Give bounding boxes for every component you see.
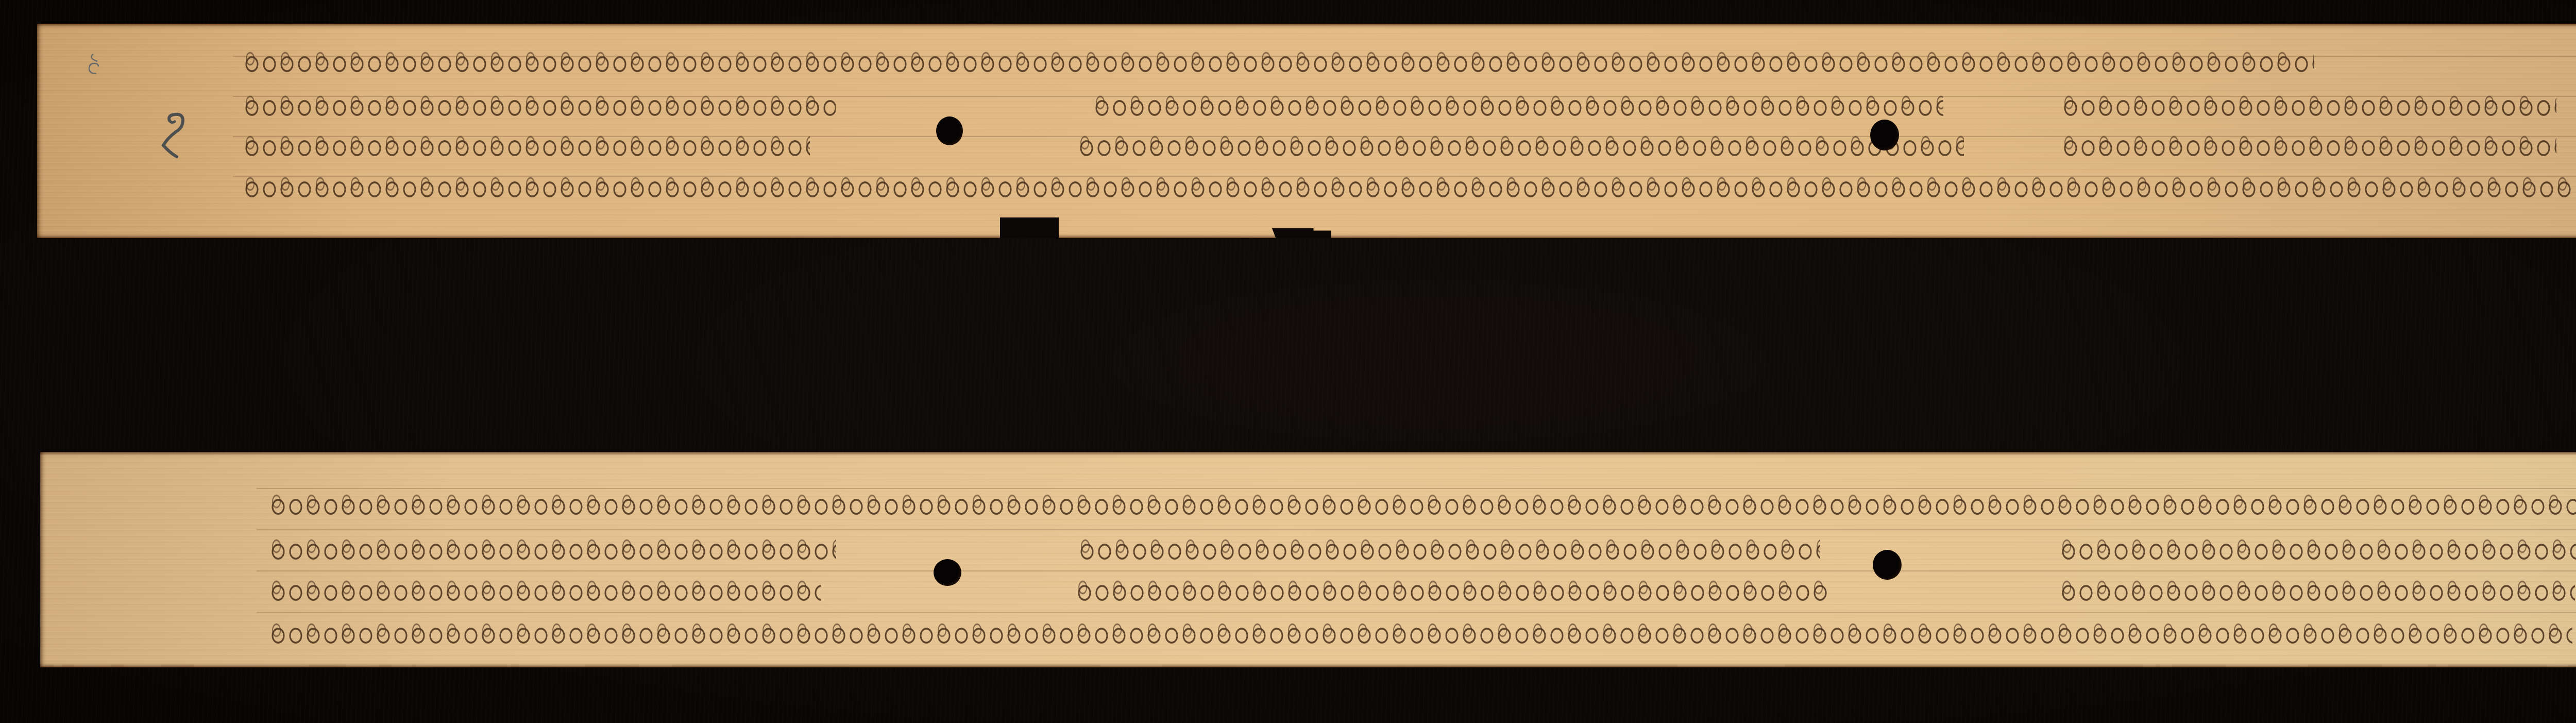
leaf-damage-notch xyxy=(1272,228,1331,238)
handwritten-script xyxy=(1076,573,1828,609)
manuscript-line xyxy=(1078,128,1964,164)
manuscript-line: ဝိ သံ ဝါ ဒု ယ ယ ယာ ဗ္ဗိ ဂိ ဂ္ဂ ဂိ ဒ္ဒိ ဒ… xyxy=(269,573,821,609)
palm-leaf-bottom: ယိ မုမ္ပ ဒ္ဓ ပုဂ ဂလ ယ္ပ ဂါ လ္ပ ဝေဝေ ဝေဝ … xyxy=(40,452,2576,667)
manuscript-line: ဂိဝ ဒု ယ ယ ယာ ဗ္ဗိ ဂံ ဟ္ဂ ဝ ဝ ဒ္ဓိ ဗ္ဗိ … xyxy=(269,616,2572,652)
manuscript-line: ဟိ ဒ္ဓိ ပဂါ ပုဂ္ဂ မိ ဟ္ဂါ ဒု ဝေဂ္ဂ ဂံ ပ္… xyxy=(269,532,836,568)
manuscript-line xyxy=(1078,532,1820,568)
handwritten-script xyxy=(2060,532,2576,568)
palm-leaf-top: ၁၀ ၇ ဂံဝေဇ္ဇာ ဂတ်ပ္ပ် ဝေဂယ္ပ မုဟာဝေတ္ထိ … xyxy=(37,24,2576,238)
manuscript-line xyxy=(2060,573,2575,609)
handwritten-script xyxy=(243,44,2314,80)
ruling-line xyxy=(257,570,2576,571)
manuscript-line: ဂံဝေဇ္ဇာ ဂတ်ပ္ပ် ဝေဂယ္ပ မုဟာဝေတ္ထိ ဂန္တ … xyxy=(243,44,2314,80)
string-hole xyxy=(1873,550,1902,580)
manuscript-line xyxy=(2062,88,2556,124)
handwritten-script xyxy=(269,487,2576,523)
handwritten-script xyxy=(2062,128,2556,164)
manuscript-line: သိဒိ ဂ္ဂါ ဝေဂါ ဂံ ဂ္ဂု ပ္ပ ပဂိ ဒိ ဗ္ဗိ သ… xyxy=(243,170,2572,206)
manuscript-line xyxy=(2062,128,2556,164)
string-hole xyxy=(936,116,963,145)
folio-number-icon xyxy=(158,110,189,159)
manuscript-line: ဂတ္ထာဝေဂါ ဂံဇ္ဇာ ပယ္ပိ ယ္ပ ပယ္ပိ သ္သိ တဲ… xyxy=(243,88,836,124)
edge-folio-mark-icon xyxy=(85,51,101,77)
string-hole xyxy=(934,559,961,586)
ruling-line xyxy=(257,612,2576,613)
manuscript-line: ပဂ္ဂါ ယဝေဇ္ဇိ ပံ ဒိ ဒြ ဂါ ဝ ဝ မု ဂ္ဂိ လု… xyxy=(243,128,810,164)
handwritten-script xyxy=(1093,88,1943,124)
handwritten-script xyxy=(2062,88,2556,124)
manuscript-line xyxy=(2060,532,2576,568)
handwritten-script xyxy=(1078,532,1820,568)
handwritten-script xyxy=(2060,573,2575,609)
handwritten-script xyxy=(243,170,2572,206)
manuscript-line xyxy=(1076,573,1828,609)
ruling-line xyxy=(257,529,2576,530)
handwritten-script xyxy=(269,532,836,568)
leaf-damage-notch xyxy=(1000,217,1059,238)
handwritten-script xyxy=(243,88,836,124)
handwritten-script xyxy=(269,616,2572,652)
string-hole xyxy=(1870,120,1899,150)
manuscript-line xyxy=(1093,88,1943,124)
handwritten-script xyxy=(243,128,810,164)
manuscript-line: ယိ မုမ္ပ ဒ္ဓ ပုဂ ဂလ ယ္ပ ဂါ လ္ပ ဝေဝေ ဝေဝ … xyxy=(269,487,2576,523)
handwritten-script xyxy=(1078,128,1964,164)
handwritten-script xyxy=(269,573,821,609)
